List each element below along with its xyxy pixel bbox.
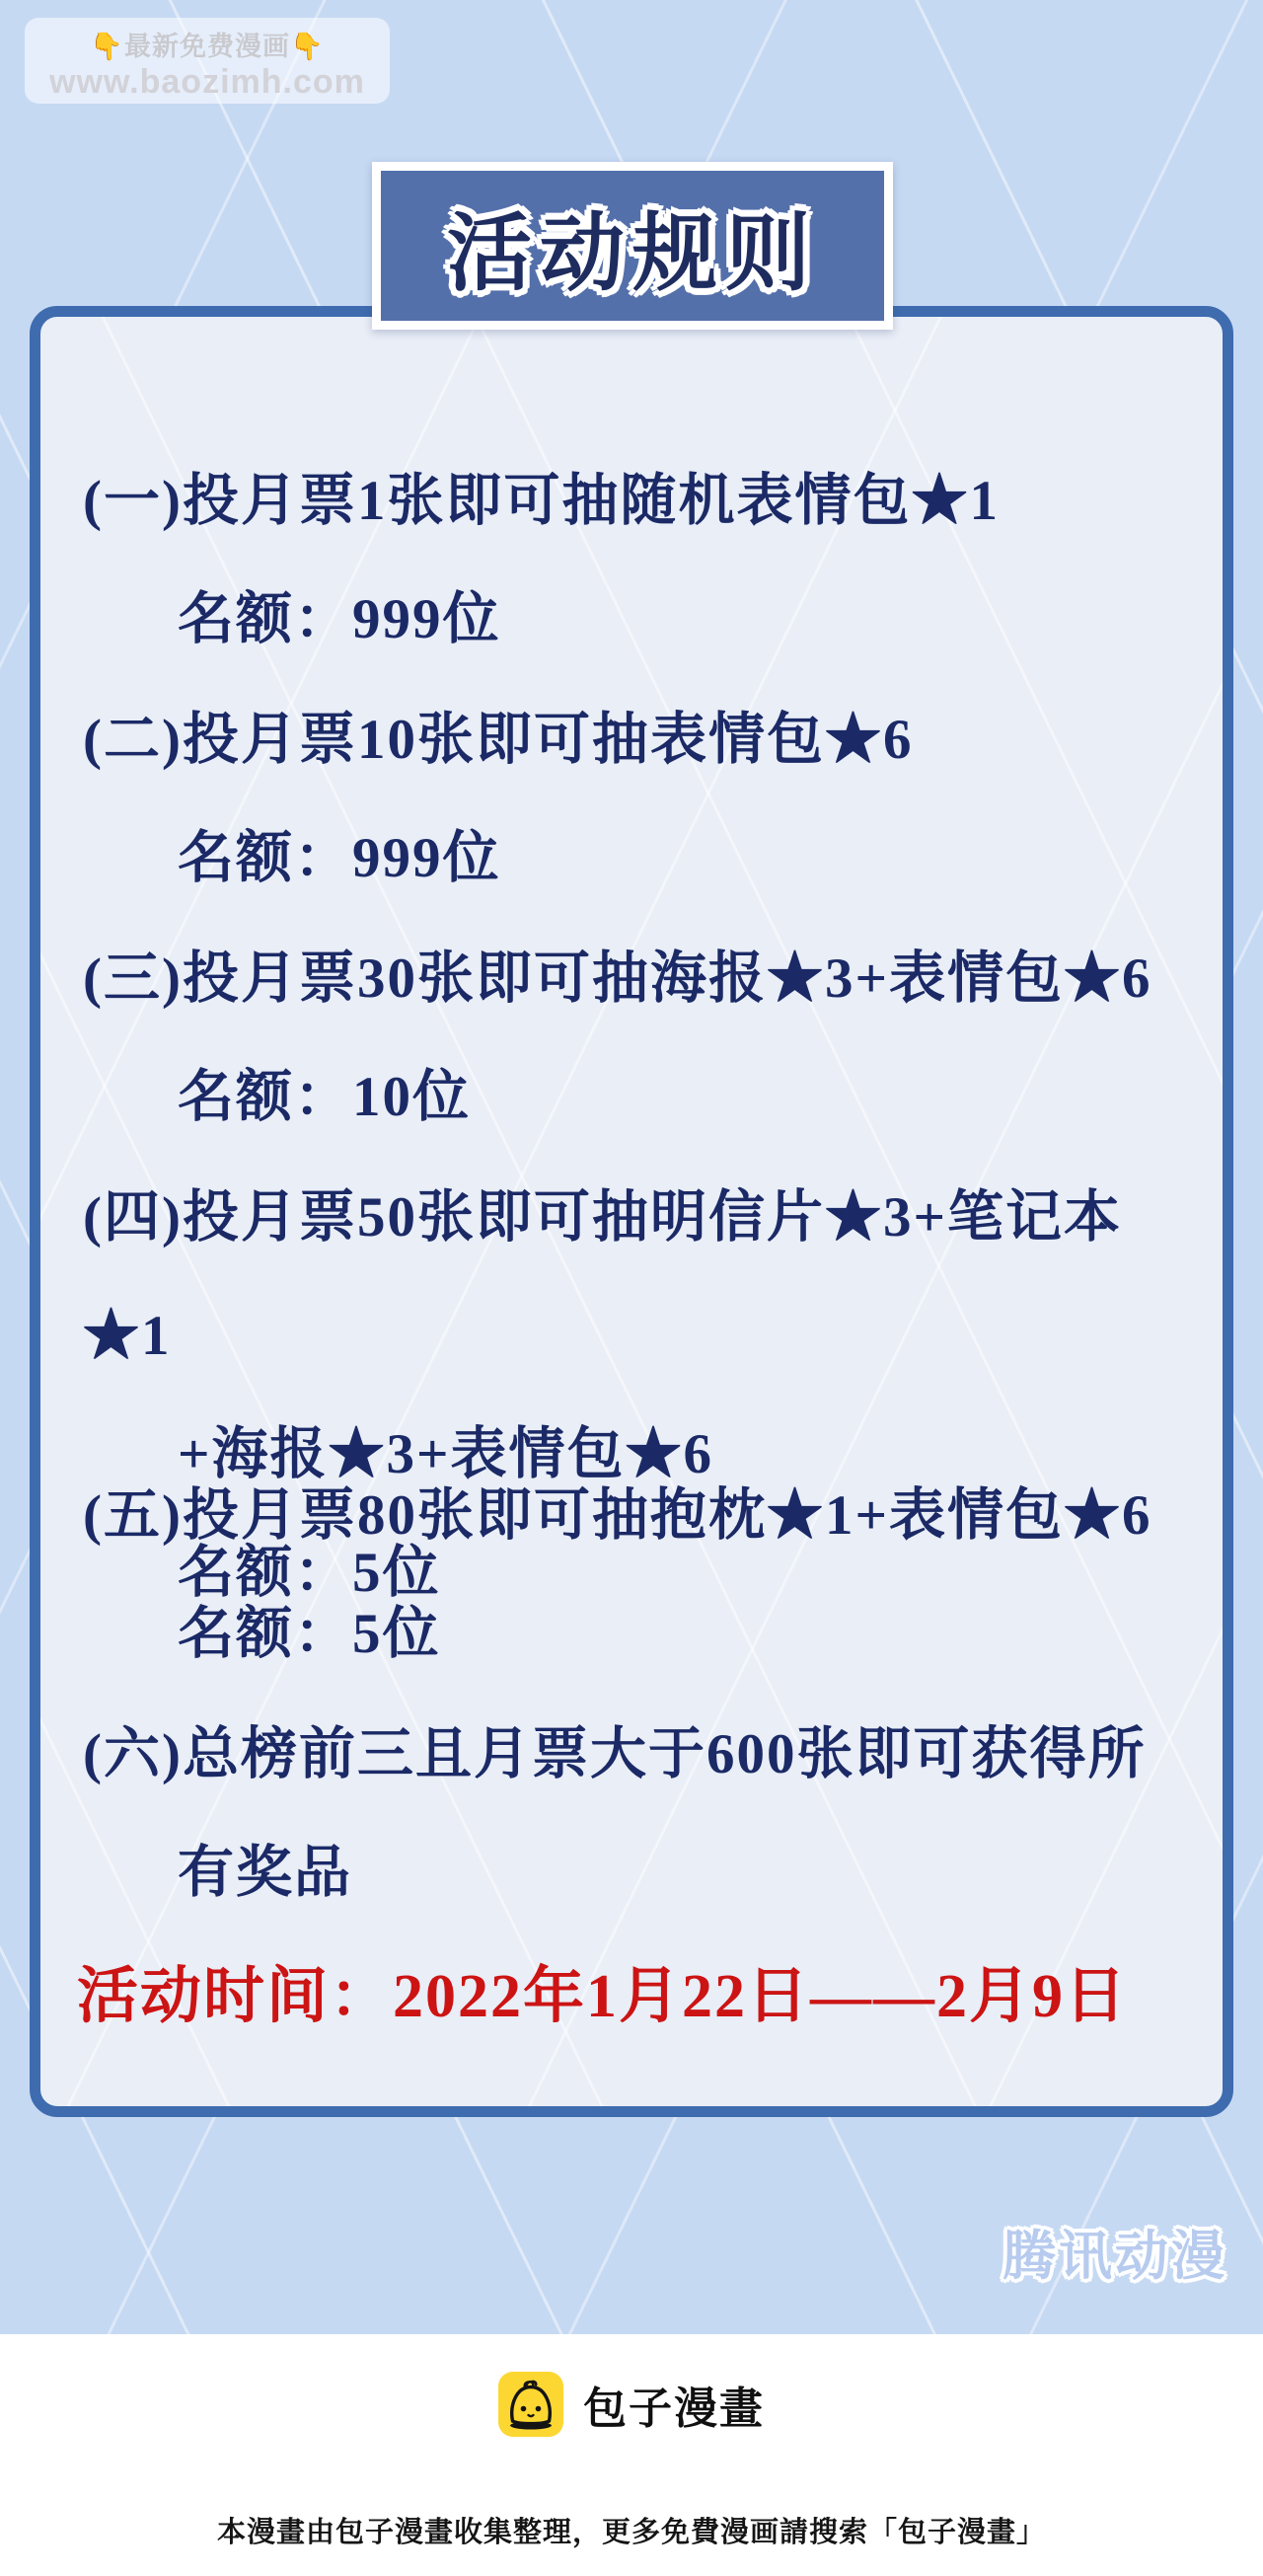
rule-item-3: (三)投月票30张即可抽海报★3+表情包★6 名额：10位 [83, 920, 1198, 1157]
rule-quota: 名额：5位 [83, 1575, 1198, 1694]
tencent-comics-watermark: 腾讯动漫 [1003, 2214, 1227, 2290]
event-time-text: 活动时间：2022年1月22日——2月9日 [77, 1942, 1202, 2051]
rule-line: (三)投月票30张即可抽海报★3+表情包★6 [83, 920, 1198, 1038]
rule-line: (六)总榜前三且月票大于600张即可获得所 [83, 1696, 1198, 1814]
title-banner: 活动规则 [372, 162, 893, 330]
baozi-logo-icon [498, 2372, 563, 2437]
footer-note: 本漫畫由包子漫畫收集整理，更多免費漫画請搜索「包子漫畫」 [0, 2510, 1263, 2550]
rule-quota: 名额：999位 [83, 561, 1198, 679]
site-watermark: 👇最新免费漫画👇 www.baozimh.com [25, 18, 390, 104]
footer: 包子漫畫 本漫畫由包子漫畫收集整理，更多免費漫画請搜索「包子漫畫」 [0, 2334, 1263, 2576]
blue-background: 👇最新免费漫画👇 www.baozimh.com 活动规则 (一)投月票1张即可… [0, 0, 1263, 2334]
rule-line: (二)投月票10张即可抽表情包★6 [83, 681, 1198, 799]
rule-item-6: (六)总榜前三且月票大于600张即可获得所 有奖品 [83, 1696, 1198, 1932]
page-title: 活动规则 [447, 185, 818, 307]
rule-item-1: (一)投月票1张即可抽随机表情包★1 名额：999位 [83, 442, 1198, 679]
site-watermark-slogan: 👇最新免费漫画👇 [25, 25, 390, 63]
rule-quota: 名额：999位 [83, 799, 1198, 918]
rule-line: (五)投月票80张即可抽抱枕★1+表情包★6 [83, 1457, 1198, 1575]
promo-image: 👇最新免费漫画👇 www.baozimh.com 活动规则 (一)投月票1张即可… [0, 0, 1263, 2576]
site-watermark-url: www.baozimh.com [25, 63, 390, 101]
brand-row: 包子漫畫 [0, 2372, 1263, 2437]
rule-quota: 名额：10位 [83, 1038, 1198, 1157]
rule-line: 有奖品 [83, 1814, 1198, 1932]
brand-name: 包子漫畫 [583, 2373, 765, 2436]
rule-line: (四)投月票50张即可抽明信片★3+笔记本★1 [83, 1159, 1198, 1396]
rule-item-5: (五)投月票80张即可抽抱枕★1+表情包★6 名额：5位 [83, 1457, 1198, 1694]
rule-item-2: (二)投月票10张即可抽表情包★6 名额：999位 [83, 681, 1198, 918]
rule-line: (一)投月票1张即可抽随机表情包★1 [83, 442, 1198, 561]
